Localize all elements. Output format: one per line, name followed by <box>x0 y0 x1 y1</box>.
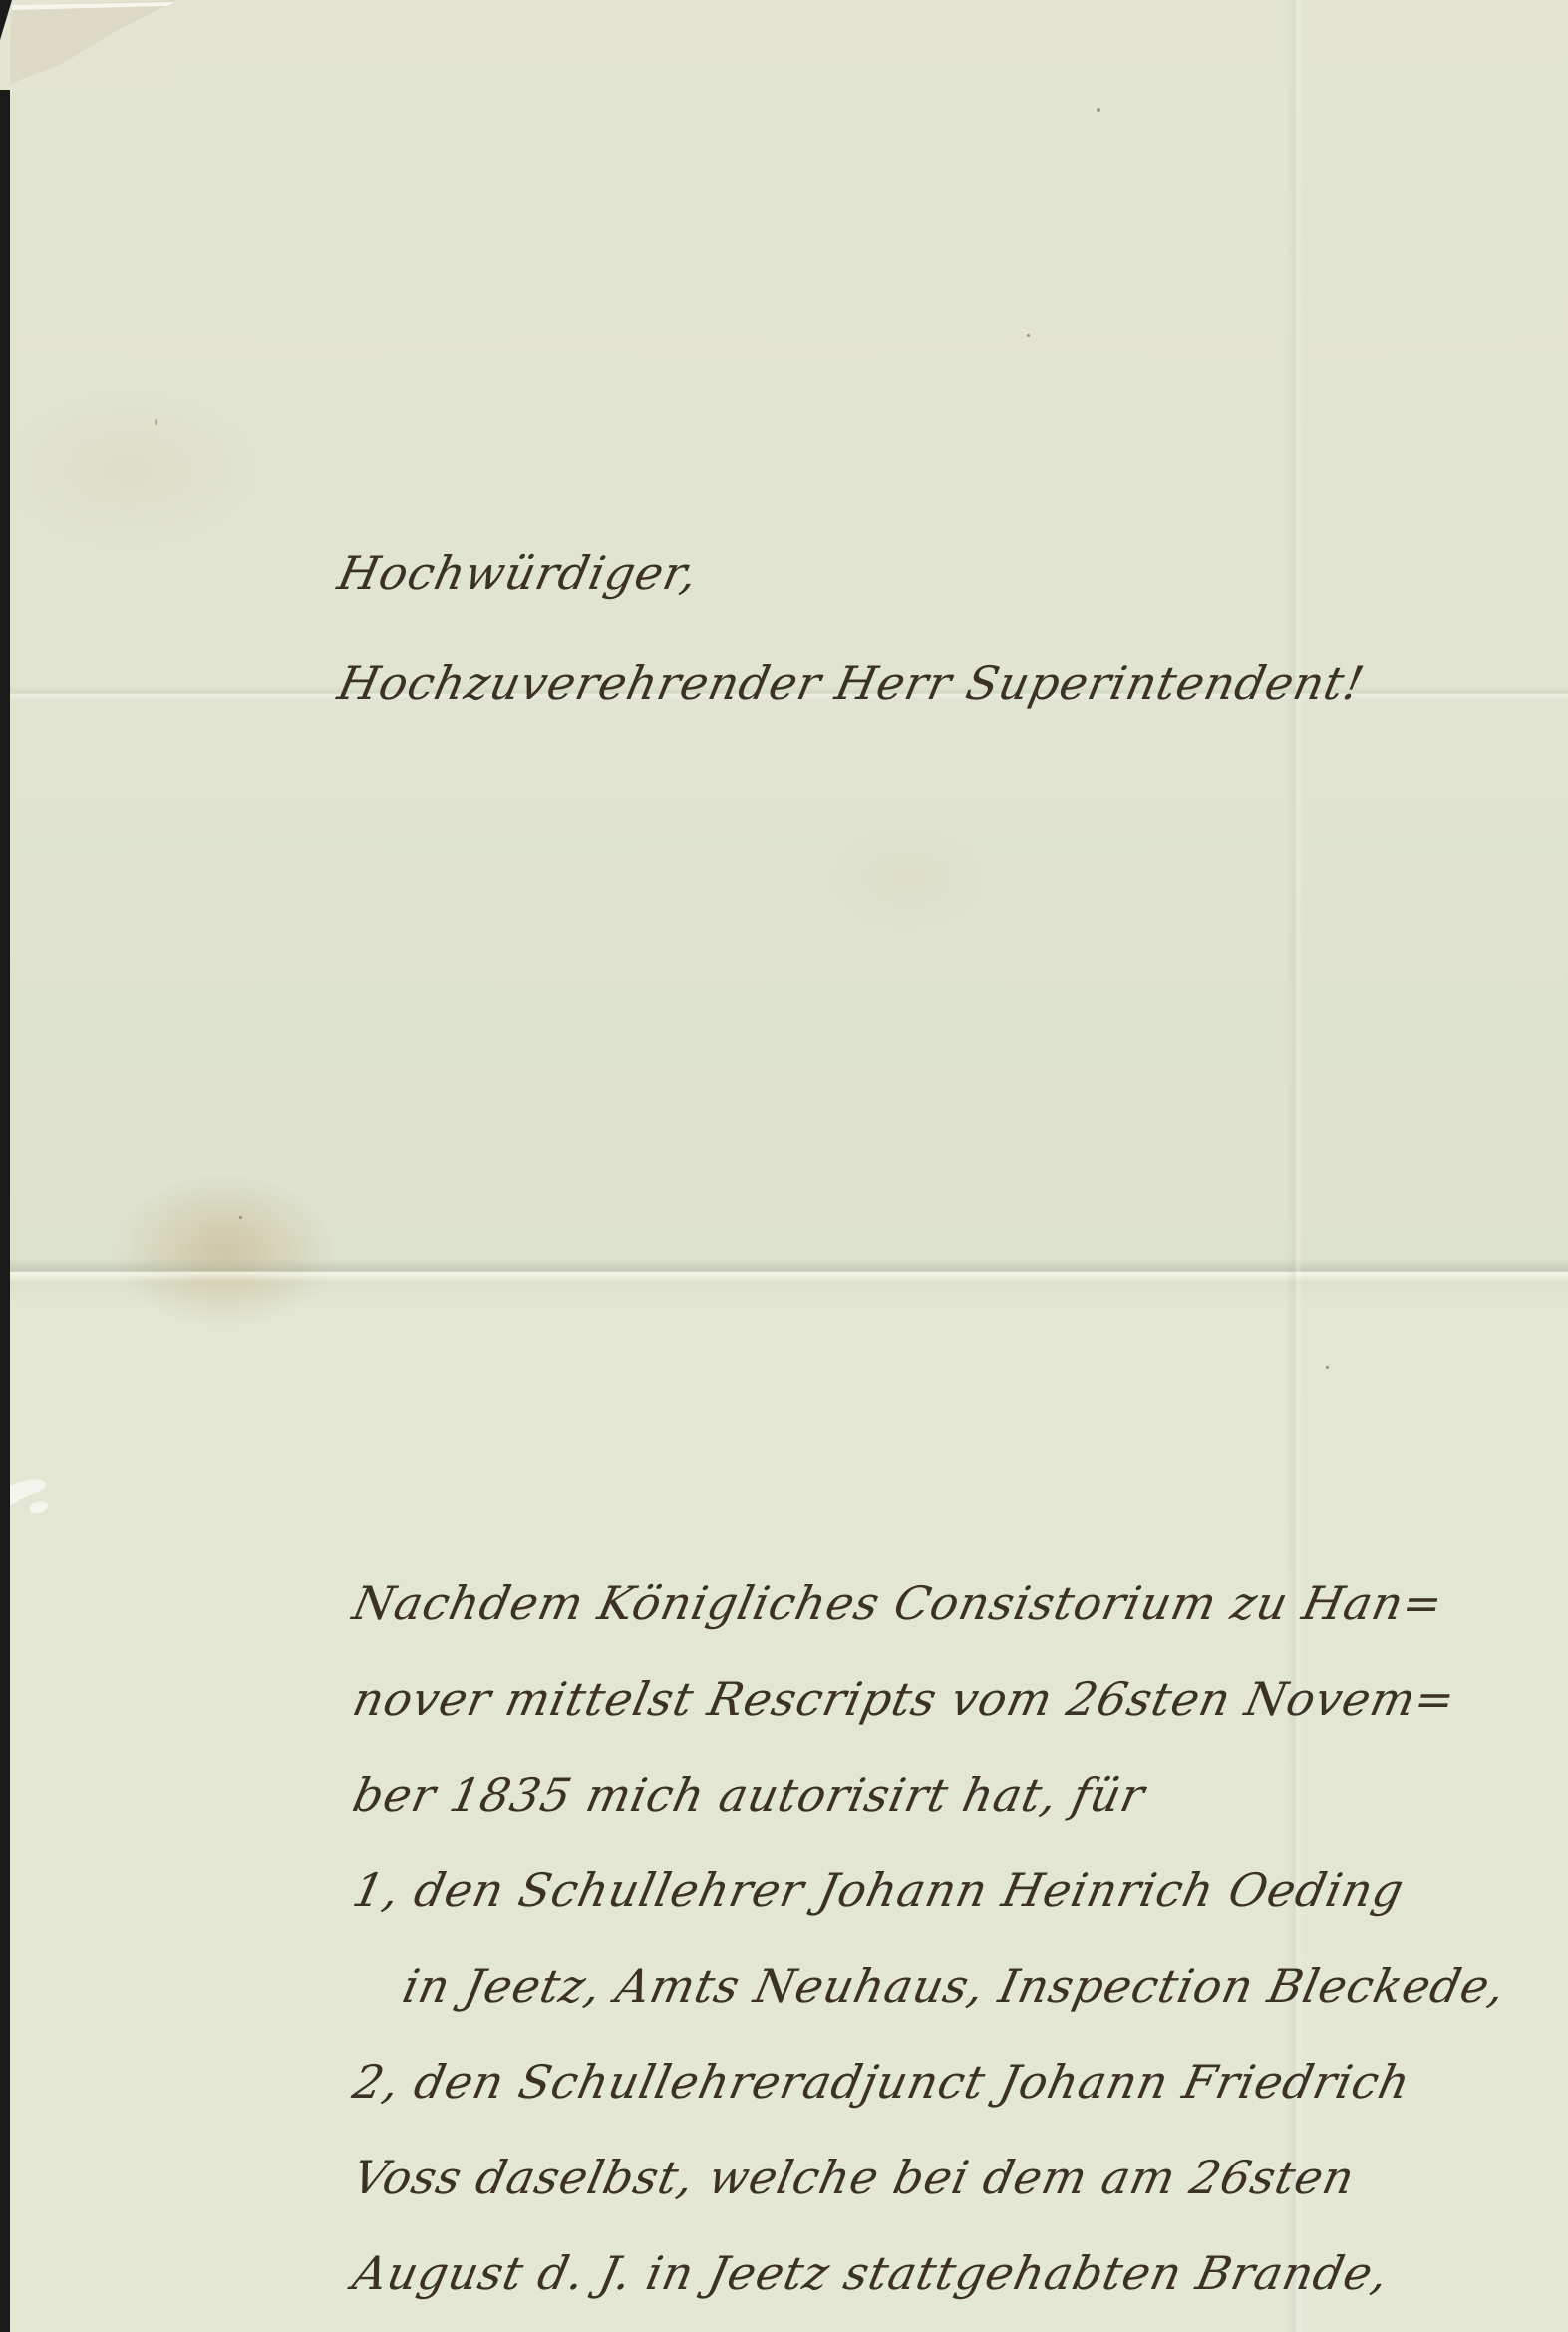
body-line: ber 1835 mich autorisirt hat, für <box>344 1747 1515 1842</box>
paper-speck <box>239 1216 242 1219</box>
salutation: Hochwürdiger, Hochzuverehrender Herr Sup… <box>339 518 1364 738</box>
body-line-item-2: 2, den Schullehreradjunct Johann Friedri… <box>344 2034 1515 2130</box>
letter-page: Hochwürdiger, Hochzuverehrender Herr Sup… <box>10 0 1568 2332</box>
paper-speck <box>1326 1366 1329 1369</box>
paper-speck <box>1097 108 1100 112</box>
salutation-line-2: Hochzuverehrender Herr Superintendent! <box>327 628 1375 738</box>
body-line: Voss daselbst, welche bei dem am 26sten <box>344 2130 1515 2225</box>
body-line: August d. J. in Jeetz stattgehabten Bran… <box>344 2225 1515 2321</box>
body-line: in Jeetz, Amts Neuhaus, Inspection Bleck… <box>344 1938 1515 2034</box>
paper-speck <box>155 419 157 425</box>
paper-speck <box>1027 334 1030 337</box>
middle-fold-crease <box>10 1258 1568 1282</box>
folded-corner <box>0 0 179 90</box>
salutation-line-1: Hochwürdiger, <box>327 518 1375 628</box>
body-line: nover mittelst Rescripts vom 26sten Nove… <box>344 1651 1515 1747</box>
letter-body: Nachdem Königliches Consistorium zu Han=… <box>354 1555 1505 2321</box>
body-line-item-1: 1, den Schullehrer Johann Heinrich Oedin… <box>344 1842 1515 1938</box>
paper-tear <box>10 1474 70 1523</box>
body-line: Nachdem Königliches Consistorium zu Han= <box>344 1555 1515 1651</box>
